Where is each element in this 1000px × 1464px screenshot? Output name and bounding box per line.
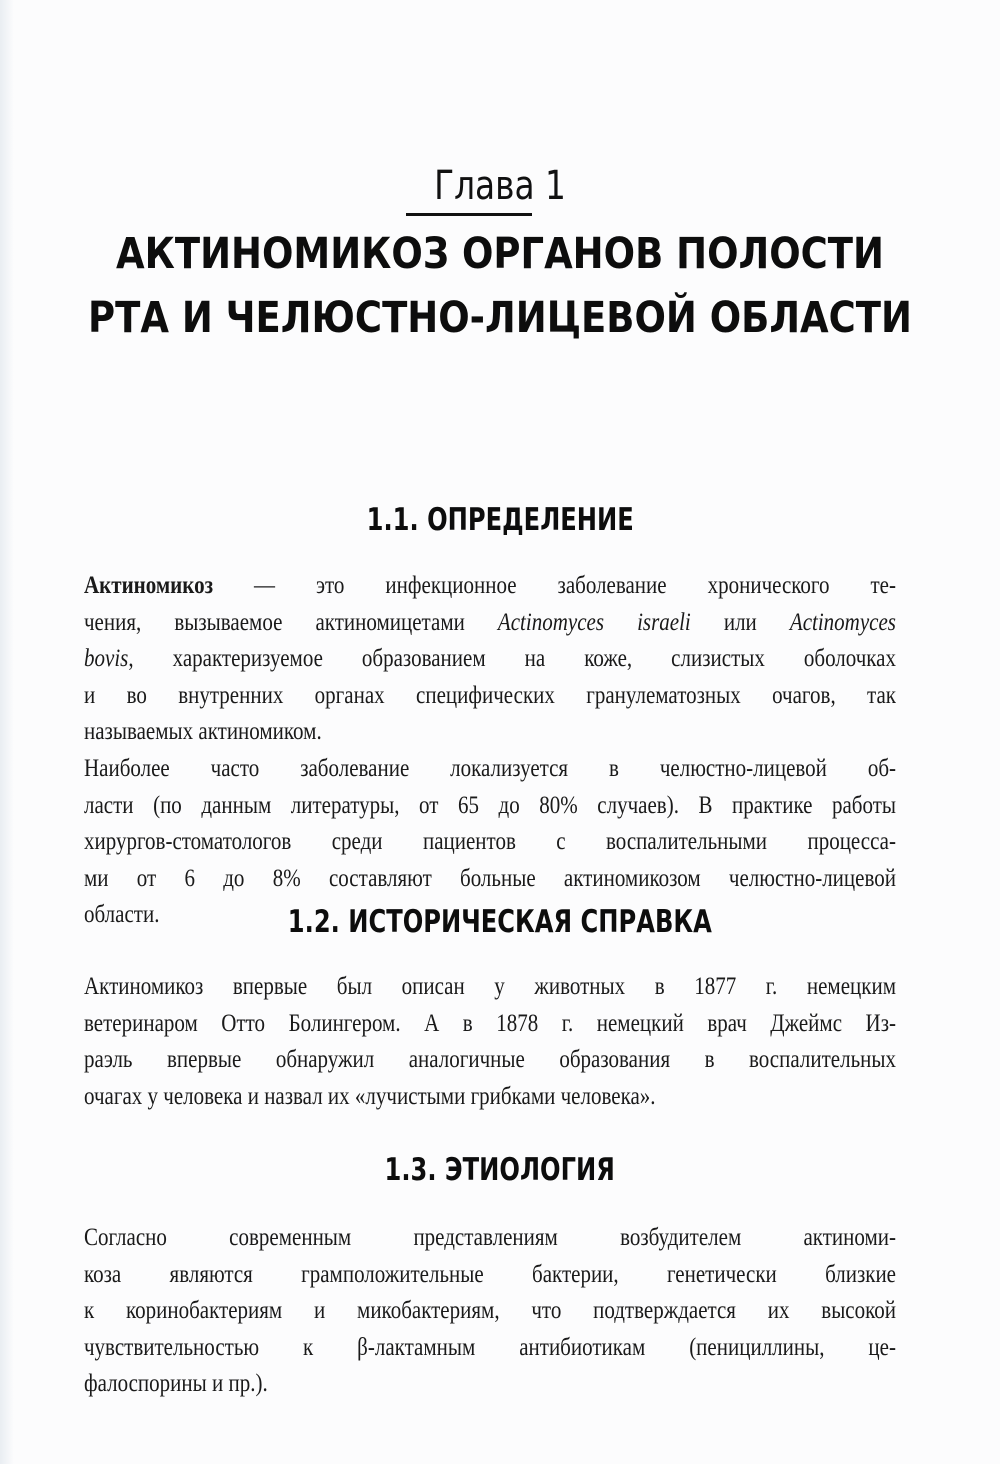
page-edge-shadow	[0, 0, 14, 1464]
text-span: — это инфекционное заболевание хроническ…	[213, 572, 896, 599]
section-heading-text: 1.2. ИСТОРИЧЕСКАЯ СПРАВКА	[288, 902, 712, 942]
section-heading-text: 1.1. ОПРЕДЕЛЕНИЕ	[366, 500, 633, 540]
text-line: ми от 6 до 8% составляют больные актином…	[84, 861, 896, 898]
text-line: к коринобактериям и микобактериям, что п…	[84, 1293, 896, 1330]
section-heading-text: 1.3. ЭТИОЛОГИЯ	[385, 1150, 615, 1190]
text-line: Согласно современным представлениям возб…	[84, 1220, 896, 1257]
text-line: очагах у человека и назвал их «лучистыми…	[84, 1079, 896, 1116]
text-line: и во внутренних органах специфических гр…	[84, 678, 896, 715]
text-line: хирургов-стоматологов среди пациентов с …	[84, 824, 896, 861]
text-span: , характеризуемое образованием на коже, …	[128, 645, 896, 672]
text-line: называемых актиномиком.	[84, 714, 896, 751]
latin-species-name: bovis	[84, 645, 128, 672]
term-actinomycosis: Актиномикоз	[84, 572, 213, 599]
text-line: Актиномикоз впервые был описан у животны…	[84, 969, 896, 1006]
text-line: bovis, характеризуемое образованием на к…	[84, 641, 896, 678]
latin-species-name: Actinomyces	[790, 609, 896, 636]
chapter-title-line: РТА И ЧЕЛЮСТНО-ЛИЦЕВОЙ ОБЛАСТИ	[70, 286, 930, 350]
text-line: ласти (по данным литературы, от 65 до 80…	[84, 788, 896, 825]
text-span: чения, вызываемое актиномицетами	[84, 609, 498, 636]
section-heading-definition: 1.1. ОПРЕДЕЛЕНИЕ	[0, 500, 1000, 540]
paragraph-history: Актиномикоз впервые был описан у животны…	[84, 969, 896, 1115]
section-heading-history: 1.2. ИСТОРИЧЕСКАЯ СПРАВКА	[0, 902, 1000, 942]
text-span: или	[691, 609, 790, 636]
latin-species-name: Actinomyces israeli	[498, 609, 691, 636]
text-line: коза являются грамположительные бактерии…	[84, 1257, 896, 1294]
text-line: Актиномикоз — это инфекционное заболеван…	[84, 568, 896, 605]
paragraph-definition: Актиномикоз — это инфекционное заболеван…	[84, 568, 896, 751]
chapter-underline-rule	[406, 213, 532, 216]
chapter-title: АКТИНОМИКОЗ ОРГАНОВ ПОЛОСТИ РТА И ЧЕЛЮСТ…	[0, 222, 1000, 350]
text-line: фалоспорины и пр.).	[84, 1366, 896, 1403]
chapter-title-line: АКТИНОМИКОЗ ОРГАНОВ ПОЛОСТИ	[70, 222, 930, 286]
text-line: ветеринаром Отто Болингером. А в 1878 г.…	[84, 1006, 896, 1043]
text-line: раэль впервые обнаружил аналогичные обра…	[84, 1042, 896, 1079]
paragraph-etiology: Согласно современным представлениям возб…	[84, 1220, 896, 1403]
text-line: Наиболее часто заболевание локализуется …	[84, 751, 896, 788]
chapter-label: Глава 1	[90, 160, 910, 212]
section-heading-etiology: 1.3. ЭТИОЛОГИЯ	[0, 1150, 1000, 1190]
text-line: чения, вызываемое актиномицетами Actinom…	[84, 605, 896, 642]
text-line: чувствительностью к β-лактамным антибиот…	[84, 1330, 896, 1367]
